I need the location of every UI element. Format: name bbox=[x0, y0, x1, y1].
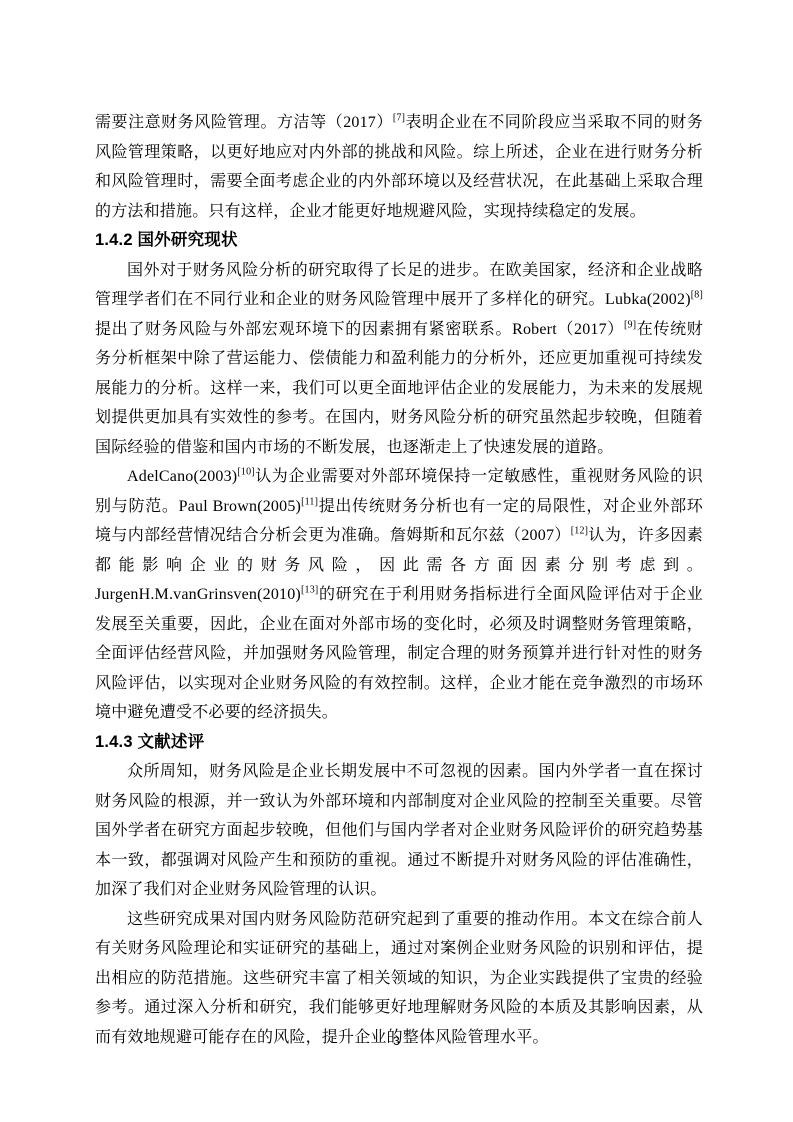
citation-superscript: [8] bbox=[691, 290, 703, 301]
citation-superscript: [13] bbox=[301, 585, 318, 596]
citation-superscript: [10] bbox=[237, 467, 254, 478]
section-heading-1-4-3: 1.4.3 文献述评 bbox=[95, 728, 703, 758]
section-heading-1-4-2: 1.4.2 国外研究现状 bbox=[95, 226, 703, 256]
citation-superscript: [9] bbox=[624, 319, 636, 330]
page-footer: 3 bbox=[0, 1032, 793, 1050]
citation-superscript: [12] bbox=[571, 526, 588, 537]
document-page: 需要注意财务风险管理。方洁等（2017）[7]表明企业在不同阶段应当采取不同的财… bbox=[0, 0, 793, 1122]
citation-superscript: [7] bbox=[393, 113, 405, 124]
paragraph-literature-review-2: 这些研究成果对国内财务风险防范研究起到了重要的推动作用。本文在综合前人有关财务风… bbox=[95, 905, 703, 1053]
paragraph-literature-review-1: 众所周知，财务风险是企业长期发展中不可忽视的因素。国内外学者一直在探讨财务风险的… bbox=[95, 757, 703, 905]
page-number: 3 bbox=[393, 1034, 400, 1048]
paragraph-foreign-research-2: AdelCano(2003)[10]认为企业需要对外部环境保持一定敏感性，重视财… bbox=[95, 462, 703, 728]
citation-superscript: [11] bbox=[301, 496, 318, 507]
paragraph-foreign-research-1: 国外对于财务风险分析的研究取得了长足的进步。在欧美国家，经济和企业战略管理学者们… bbox=[95, 256, 703, 463]
paragraph-continuation: 需要注意财务风险管理。方洁等（2017）[7]表明企业在不同阶段应当采取不同的财… bbox=[95, 108, 703, 226]
page-content: 需要注意财务风险管理。方洁等（2017）[7]表明企业在不同阶段应当采取不同的财… bbox=[95, 108, 703, 1052]
